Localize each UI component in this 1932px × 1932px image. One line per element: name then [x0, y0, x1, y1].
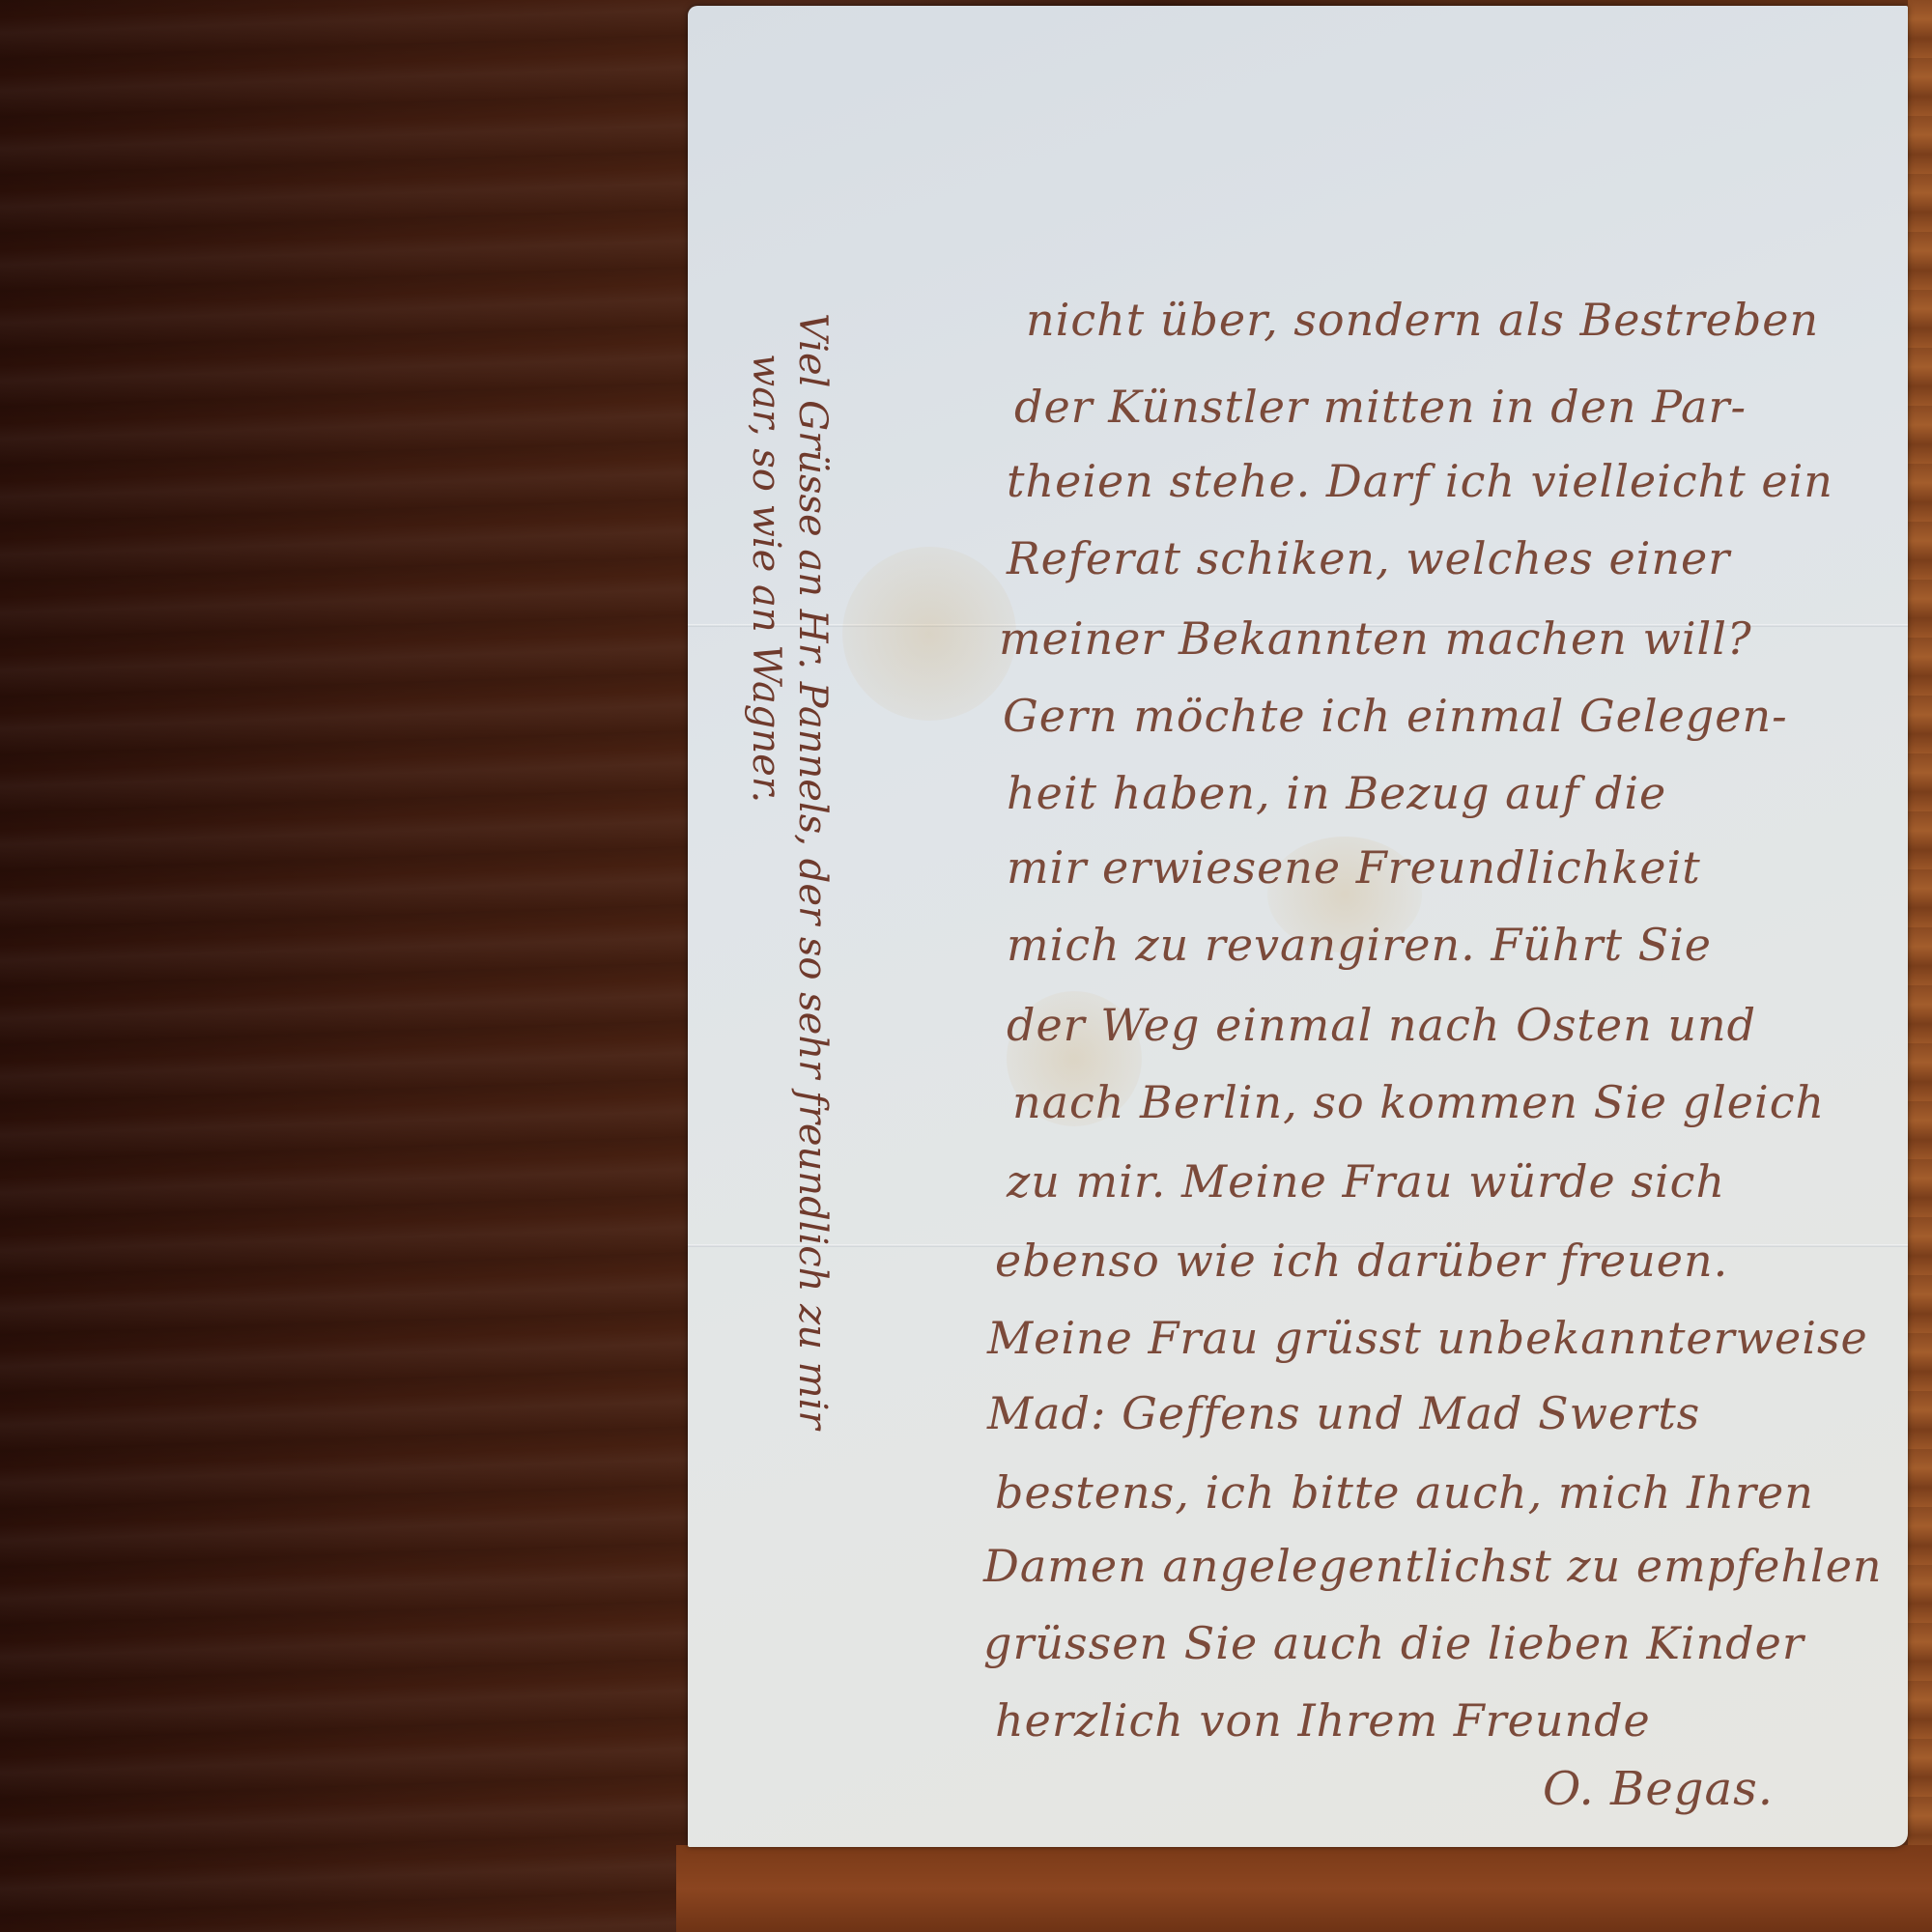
letter-line: Gern möchte ich einmal Gelegen-	[1003, 690, 1788, 742]
margin-note-line-1: Viel Grüsse an Hr. Pannels, der so sehr …	[790, 313, 835, 1430]
letter-line: heit haben, in Bezug auf die	[1007, 767, 1666, 819]
letter-line: grüssen Sie auch die lieben Kinder	[983, 1617, 1804, 1669]
letter-line: meiner Bekannten machen will?	[999, 612, 1752, 665]
margin-note-line-2: war, so wie an Wagner.	[744, 354, 788, 803]
wood-table-edge-bottom	[676, 1845, 1932, 1932]
letter-line: ebenso wie ich darüber freuen.	[995, 1235, 1728, 1287]
letter-line: Mad: Geffens und Mad Swerts	[987, 1387, 1700, 1439]
letter-line: der Weg einmal nach Osten und	[1007, 999, 1756, 1051]
wood-table-edge-right	[1908, 0, 1932, 1932]
letter-line: bestens, ich bitte auch, mich Ihren	[995, 1466, 1814, 1519]
letter-line: herzlich von Ihrem Freunde	[995, 1694, 1651, 1747]
letter-line: nicht über, sondern als Bestreben	[1026, 294, 1819, 346]
letter-line: der Künstler mitten in den Par-	[1014, 381, 1747, 433]
letter-line: Damen angelegentlichst zu empfehlen	[983, 1540, 1883, 1592]
signature: O. Begas.	[1543, 1762, 1774, 1816]
letter-line: mich zu revangiren. Führt Sie	[1007, 919, 1712, 971]
letter-line: zu mir. Meine Frau würde sich	[1007, 1155, 1725, 1207]
letter-line: Referat schiken, welches einer	[1007, 532, 1730, 584]
letter-line: Meine Frau grüsst unbekannterweise	[987, 1312, 1868, 1364]
letter-line: theien stehe. Darf ich vielleicht ein	[1007, 455, 1833, 507]
paper-stain	[842, 547, 1016, 721]
letter-sheet: Viel Grüsse an Hr. Pannels, der so sehr …	[688, 6, 1908, 1847]
letter-line: nach Berlin, so kommen Sie gleich	[1012, 1076, 1825, 1128]
letter-line: mir erwiesene Freundlichkeit	[1007, 841, 1701, 894]
